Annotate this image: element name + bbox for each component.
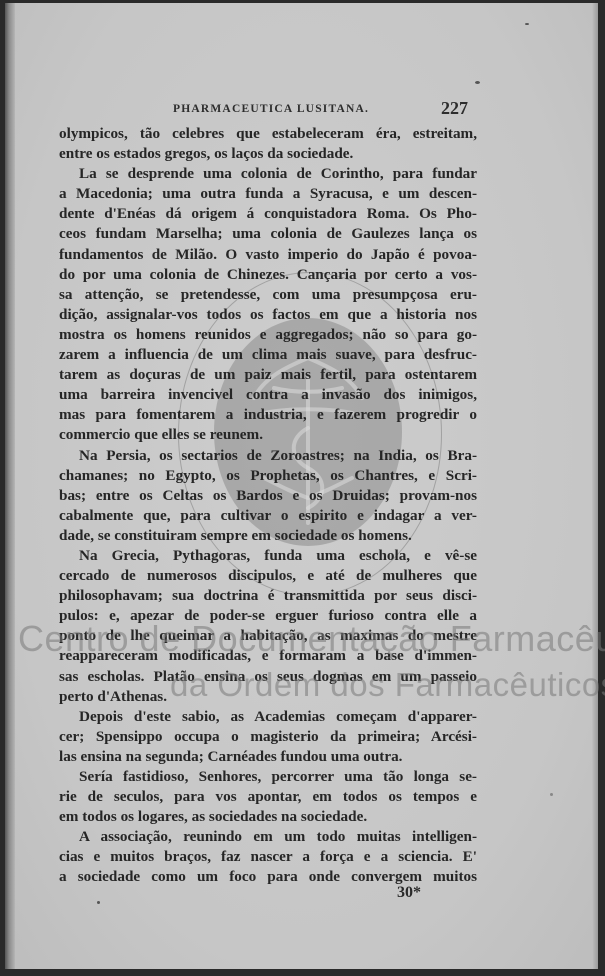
- text-line: Na Persia, os sectarios de Zoroastres; n…: [59, 446, 477, 466]
- text-line: A associação, reunindo em um todo muitas…: [59, 827, 477, 847]
- text-line: Sería fastidioso, Senhores, percorrer um…: [59, 767, 477, 787]
- text-line: sa attenção, se pretendesse, com uma pre…: [59, 285, 477, 305]
- body-text: olympicos, tão celebres que estabelecera…: [59, 124, 477, 888]
- text-line: chamanes; no Egypto, os Prophetas, os Ch…: [59, 466, 477, 486]
- text-line: cias e muitos braços, faz nascer a força…: [59, 847, 477, 867]
- paper-speck: [475, 81, 480, 84]
- text-line: ponto de lhe queimar a habitação, as max…: [59, 626, 477, 646]
- text-line: La se desprende uma colonia de Corintho,…: [59, 164, 477, 184]
- text-line: entre os estados gregos, os laços da soc…: [59, 144, 477, 164]
- text-line: Na Grecia, Pythagoras, funda uma eschola…: [59, 546, 477, 566]
- text-line: las ensina na segunda; Carnéades fundou …: [59, 747, 477, 767]
- text-line: a Macedonia; uma outra funda a Syracusa,…: [59, 184, 477, 204]
- running-header: PHARMACEUTICA LUSITANA. 227: [55, 100, 468, 120]
- text-line: perto d'Athenas.: [59, 687, 477, 707]
- text-line: Depois d'este sabio, as Academias começa…: [59, 707, 477, 727]
- text-line: zarem a influencia de um clima mais suav…: [59, 345, 477, 365]
- text-line: rie de seculos, para vos apontar, em tod…: [59, 787, 477, 807]
- text-line: em todos os logares, as sociedades na so…: [59, 807, 477, 827]
- text-line: bas; entre os Celtas os Bardos e os Drui…: [59, 486, 477, 506]
- text-line: pulos: e, apezar de poder-se erguer furi…: [59, 606, 477, 626]
- paper-speck: [525, 23, 529, 25]
- text-line: fundamentos de Milão. O vasto imperio do…: [59, 245, 477, 265]
- text-line: do por uma colonia de Chinezes. Cançaria…: [59, 265, 477, 285]
- page-spine-shadow: [5, 3, 15, 969]
- text-line: olympicos, tão celebres que estabelecera…: [59, 124, 477, 144]
- text-line: cabalmente que, para cultivar o espirito…: [59, 506, 477, 526]
- signature-mark: 30*: [397, 884, 421, 902]
- text-line: tarem as doçuras de um paiz mais fertil,…: [59, 365, 477, 385]
- text-line: uma barreira invencivel contra a invasão…: [59, 385, 477, 405]
- text-line: reappareceram modificadas, e formaram a …: [59, 646, 477, 666]
- page-edge-shadow: [592, 3, 598, 969]
- text-line: cer; Spensippo occupa o magisterio da pr…: [59, 727, 477, 747]
- text-line: cercado de numerosos discipulos, e até d…: [59, 566, 477, 586]
- text-line: dição, assignalar-vos todos os factos em…: [59, 305, 477, 325]
- text-line: commercio que elles se reunem.: [59, 425, 477, 445]
- running-title: PHARMACEUTICA LUSITANA.: [173, 103, 369, 115]
- text-line: dente d'Enéas dá origem á conquistadora …: [59, 204, 477, 224]
- text-line: mas para fomentarem a industria, e fazer…: [59, 405, 477, 425]
- text-line: dade, se constituiram sempre em sociedad…: [59, 526, 477, 546]
- text-line: philosophavam; sua doctrina é transmitti…: [59, 586, 477, 606]
- page-number: 227: [441, 98, 468, 119]
- text-line: mostra os homens reunidos e aggregados; …: [59, 325, 477, 345]
- paper-speck: [97, 901, 100, 904]
- text-line: ceos fundam Marselha; uma colonia de Gau…: [59, 224, 477, 244]
- text-line: sas escholas. Platão ensina os seus dogm…: [59, 667, 477, 687]
- paper-speck: [550, 793, 553, 796]
